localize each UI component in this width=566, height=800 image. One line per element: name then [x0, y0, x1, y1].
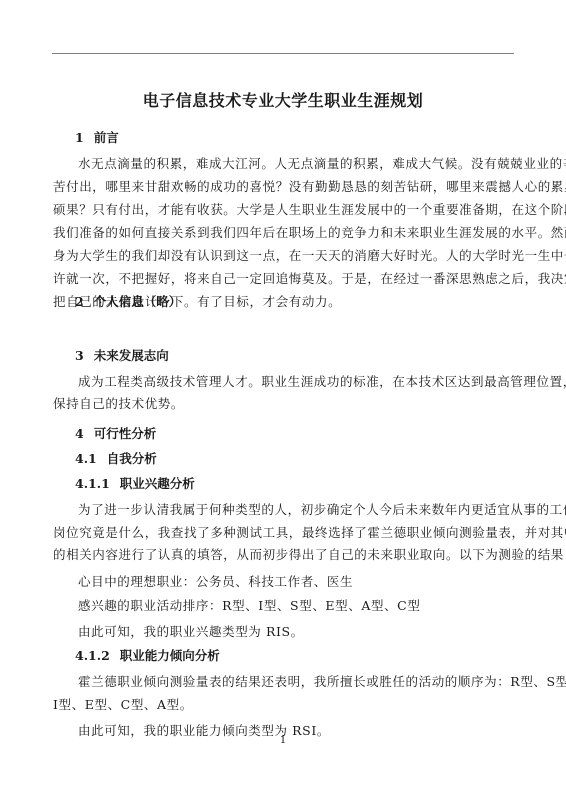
paragraph-line: 的相关内容进行了认真的填答，从而初步得出了自己的未来职业取向。以下为测验的结果： — [53, 545, 566, 563]
section-title: 自我分析 — [107, 451, 157, 466]
section-number: 4.1.2 — [75, 648, 110, 663]
paragraph-line: I型、E型、C型、A型。 — [53, 695, 193, 713]
paragraph-line: 保持自己的技术优势。 — [53, 394, 184, 412]
paragraph-line: 苦付出，哪里来甘甜欢畅的成功的喜悦？没有勤勤恳恳的刻苦钻研，哪里来震撼人心的累累 — [53, 177, 566, 195]
section-title: 职业兴趣分析 — [120, 476, 195, 491]
section-heading-4-1-1: 4.1.1职业兴趣分析 — [75, 474, 195, 492]
section-number: 3 — [75, 348, 84, 363]
interest-conclusion-line: 由此可知，我的职业兴趣类型为 RIS。 — [78, 622, 304, 640]
paragraph-line: 身为大学生的我们却没有认识到这一点，在一天天的消磨大好时光。人的大学时光一生中也 — [53, 246, 566, 264]
section-title: 前言 — [94, 130, 119, 145]
interest-order-line: 感兴趣的职业活动排序：R型、I型、S型、E型、A型、C型 — [78, 596, 420, 614]
paragraph-line: 许就一次，不把握好，将来自己一定回追悔莫及。于是，在经过一番深思熟虑之后，我决定 — [53, 269, 566, 287]
section-number: 4.1 — [75, 451, 97, 466]
section-heading-4-1: 4.1自我分析 — [75, 449, 157, 467]
section-title: 职业能力倾向分析 — [120, 648, 220, 663]
page-number: 1 — [0, 735, 566, 746]
section-heading-1: 1前言 — [75, 128, 119, 146]
paragraph-line: 我们准备的如何直接关系到我们四年后在职场上的竞争力和未来职业生涯发展的水平。然而… — [53, 223, 566, 241]
header-rule — [52, 53, 514, 54]
paragraph-line: 岗位究竟是什么，我查找了多种测试工具，最终选择了霍兰德职业倾向测验量表，并对其中 — [53, 523, 566, 541]
section-title: 个人信息（略） — [94, 294, 182, 309]
section-heading-4-1-2: 4.1.2职业能力倾向分析 — [75, 646, 220, 664]
paragraph-line: 硕果？只有付出，才能有收获。大学是人生职业生涯发展中的一个重要准备期，在这个阶段… — [53, 200, 566, 218]
paragraph-line: 为了进一步认清我属于何种类型的人，初步确定个人今后未来数年内更适宜从事的工作 — [78, 500, 566, 518]
section-number: 2 — [75, 294, 84, 309]
section-number: 1 — [75, 130, 84, 145]
section-number: 4 — [75, 426, 84, 441]
section-heading-3: 3未来发展志向 — [75, 346, 169, 364]
section-number: 4.1.1 — [75, 476, 110, 491]
paragraph-line: 成为工程类高级技术管理人才。职业生涯成功的标准，在本技术区达到最高管理位置， — [78, 372, 566, 390]
section-title: 可行性分析 — [94, 426, 157, 441]
section-heading-2: 2个人信息（略） — [75, 292, 181, 310]
ideal-jobs-line: 心目中的理想职业：公务员、科技工作者、医生 — [78, 572, 353, 590]
paragraph-line: 霍兰德职业倾向测验量表的结果还表明，我所擅长或胜任的活动的顺序为：R型、S型、 — [78, 672, 566, 690]
paragraph-line: 水无点滴量的积累，难成大江河。人无点滴量的积累，难成大气候。没有兢兢业业的辛 — [78, 154, 566, 172]
section-heading-4: 4可行性分析 — [75, 424, 156, 442]
section-title: 未来发展志向 — [94, 348, 169, 363]
document-title: 电子信息技术专业大学生职业生涯规划 — [0, 88, 566, 111]
